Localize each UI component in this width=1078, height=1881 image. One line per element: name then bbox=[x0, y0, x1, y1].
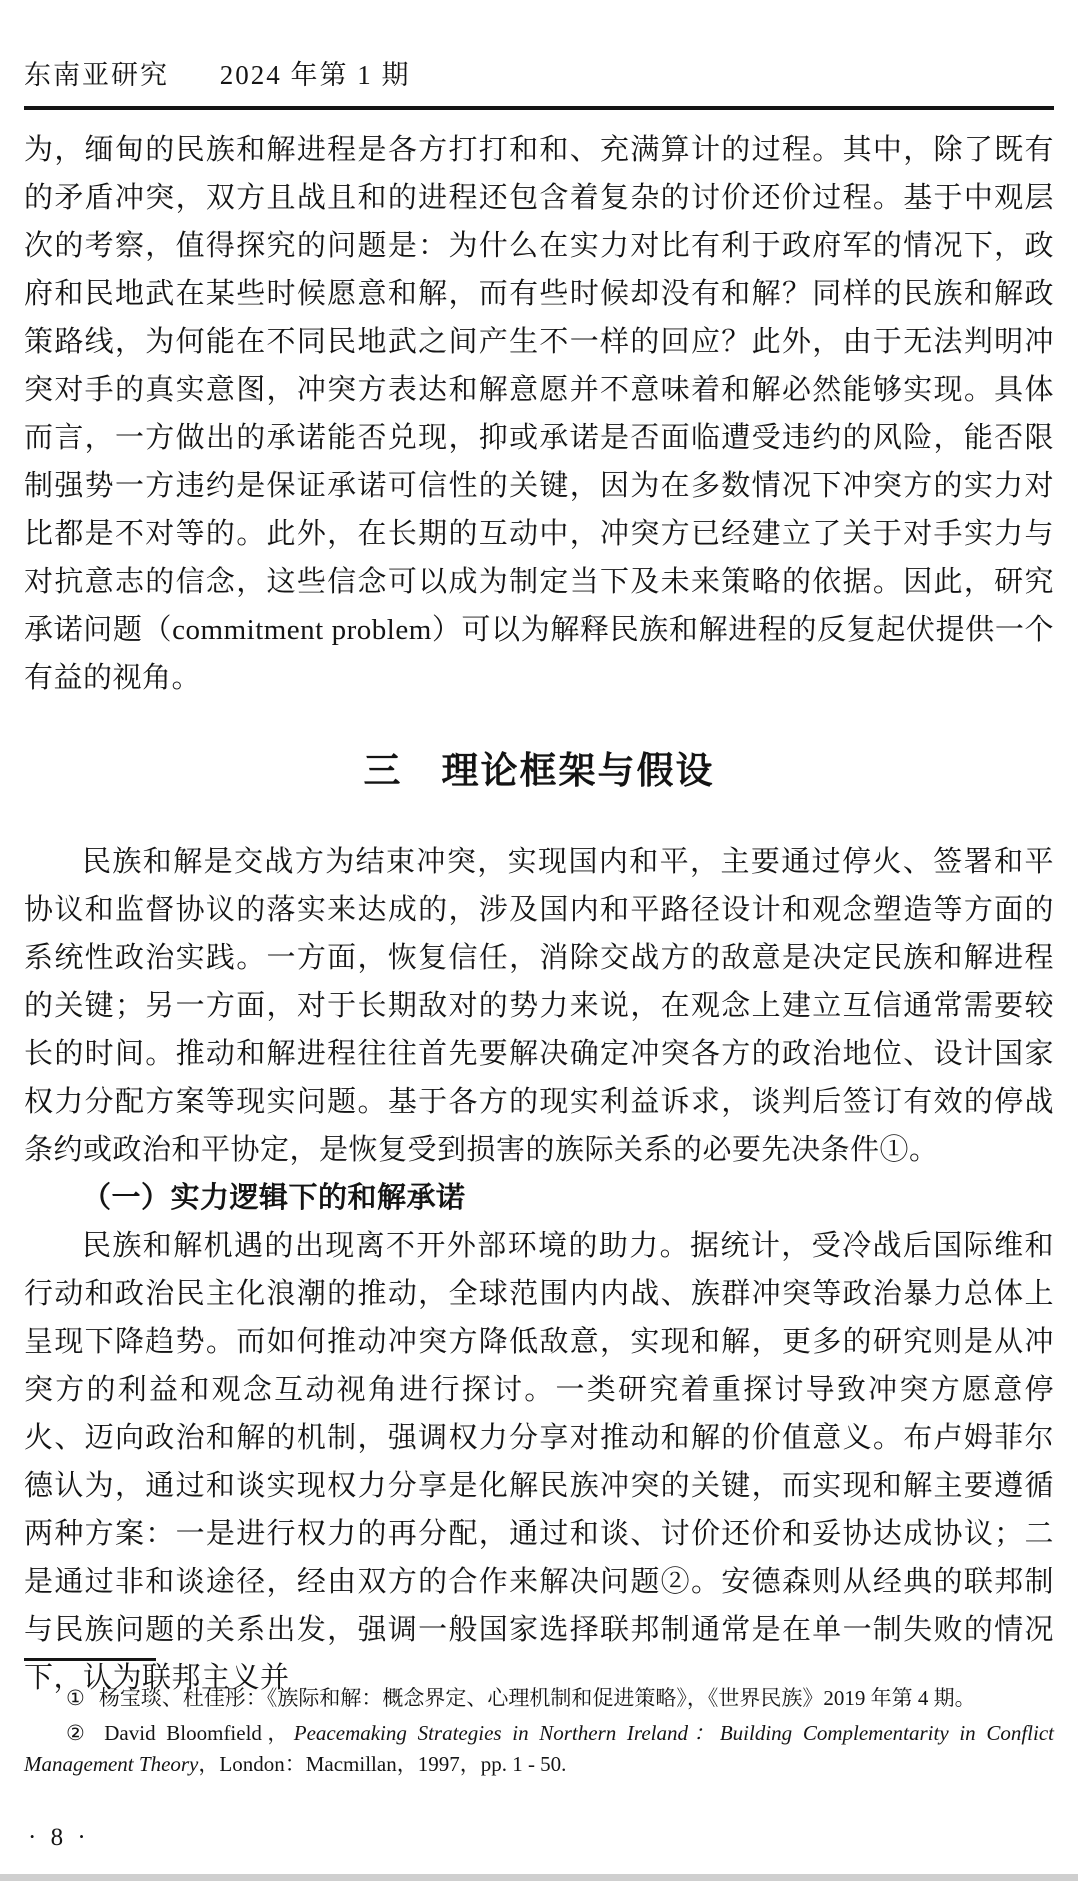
running-head: 东南亚研究 2024 年第 1 期 bbox=[24, 56, 1054, 110]
subsection-heading: （一）实力逻辑下的和解承诺 bbox=[24, 1174, 1054, 1222]
journal-title: 东南亚研究 bbox=[24, 60, 169, 90]
article-body: 为，缅甸的民族和解进程是各方打打和和、充满算计的过程。其中，除了既有的矛盾冲突，… bbox=[24, 126, 1054, 1702]
paragraph-framework: 民族和解是交战方为结束冲突，实现国内和平，主要通过停火、签署和平协议和监督协议的… bbox=[24, 838, 1054, 1174]
paragraph-continuation: 为，缅甸的民族和解进程是各方打打和和、充满算计的过程。其中，除了既有的矛盾冲突，… bbox=[24, 126, 1054, 702]
page-number: · 8 · bbox=[28, 1824, 90, 1852]
scan-edge-artifact bbox=[0, 1874, 1078, 1881]
header-rule bbox=[24, 106, 1054, 110]
paragraph-commitment: 民族和解机遇的出现离不开外部环境的助力。据统计，受冷战后国际维和行动和政治民主化… bbox=[24, 1222, 1054, 1702]
footnote-divider bbox=[24, 1658, 156, 1661]
footnote-2: ②David Bloomfield，Peacemaking Strategies… bbox=[24, 1718, 1054, 1780]
journal-page: 东南亚研究 2024 年第 1 期 为，缅甸的民族和解进程是各方打打和和、充满算… bbox=[0, 0, 1078, 1881]
footnote-1-marker: ① bbox=[66, 1686, 85, 1710]
issue-label: 2024 年第 1 期 bbox=[220, 60, 411, 90]
footnote-area: ①杨宝琰、杜佳彤：《族际和解：概念界定、心理机制和促进策略》，《世界民族》201… bbox=[24, 1658, 1054, 1780]
running-head-line: 东南亚研究 2024 年第 1 期 bbox=[24, 56, 1054, 94]
footnote-2-publication: ，London：Macmillan，1997，pp. 1 - 50. bbox=[198, 1752, 566, 1776]
footnote-1-text: 杨宝琰、杜佳彤：《族际和解：概念界定、心理机制和促进策略》，《世界民族》2019… bbox=[99, 1686, 976, 1710]
section-heading: 三 理论框架与假设 bbox=[24, 746, 1054, 798]
footnote-1: ①杨宝琰、杜佳彤：《族际和解：概念界定、心理机制和促进策略》，《世界民族》201… bbox=[24, 1683, 1054, 1714]
footnote-2-author: David Bloomfield， bbox=[104, 1721, 294, 1745]
footnote-2-marker: ② bbox=[66, 1721, 90, 1745]
